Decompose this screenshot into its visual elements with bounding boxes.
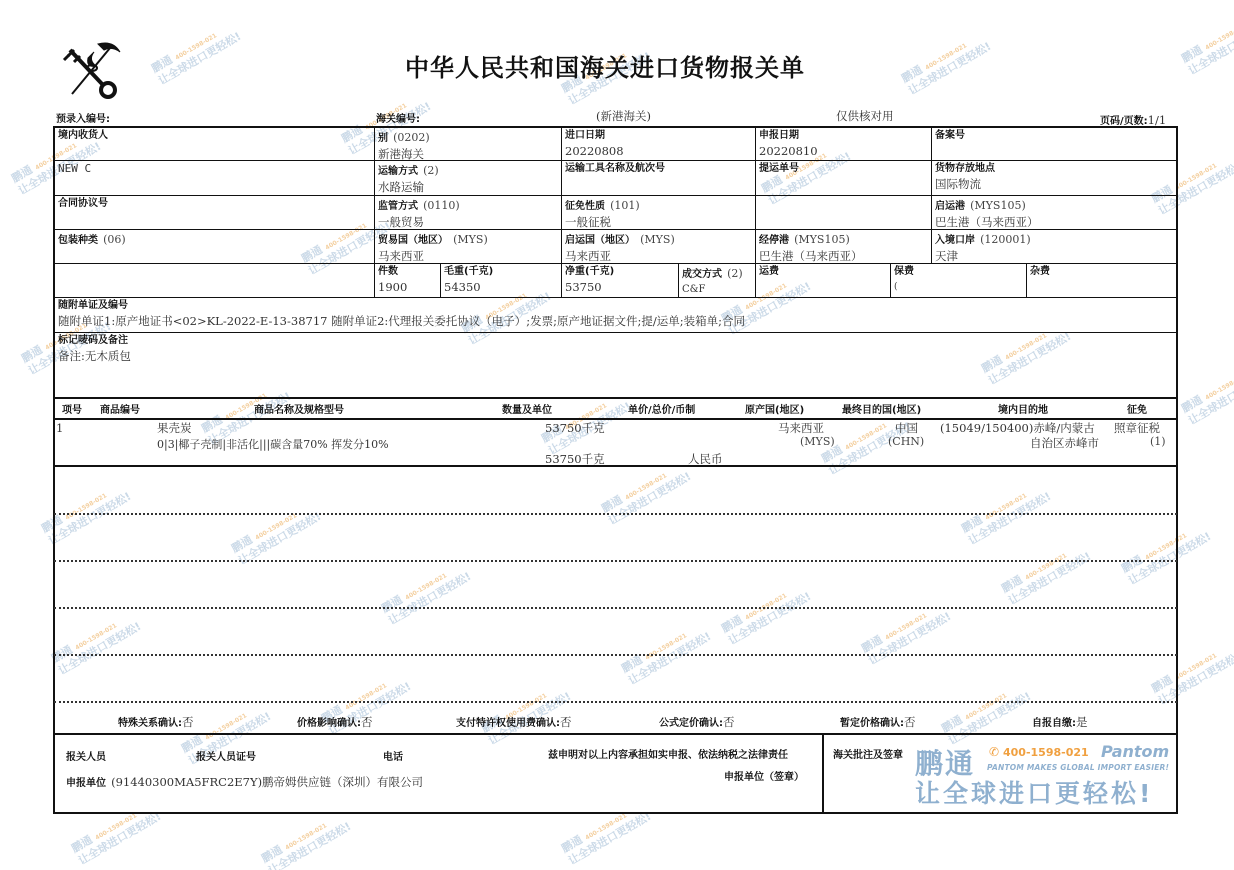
empty-field: [755, 195, 932, 230]
col-dest-country: 最终目的国(地区): [842, 401, 921, 416]
watermark-stamp: 鹏通 400-1598-021让全球进口更轻松!: [1180, 8, 1234, 77]
price-influence-confirm: 价格影响确认:否: [297, 711, 373, 730]
trade-country-field: 贸易国（地区） (MYS) 马来西亚: [374, 229, 562, 264]
watermark-stamp: 鹏通 400-1598-021让全球进口更轻松!: [150, 18, 244, 87]
declarant-seal: 申报单位（签章）: [724, 768, 804, 783]
declarant-field: 申报单位 (91440300MA5FRC2E7Y)鹏帝姆供应链（深圳）有限公司: [66, 771, 423, 790]
transport-mode-field: 运输方式 (2) 水路运输: [374, 160, 562, 196]
supervision-mode-field: 监管方式 (0110) 一般贸易: [374, 195, 562, 230]
page-title: 中华人民共和国海关进口货物报关单: [405, 48, 805, 83]
insurance-field: 保费 (: [890, 263, 1027, 298]
self-declare-confirm: 自报自缴:是: [1032, 711, 1088, 730]
special-relation-confirm: 特殊关系确认:否: [118, 711, 194, 730]
watermark-stamp: 鹏通 400-1598-021让全球进口更轻松!: [900, 28, 994, 97]
royalty-confirm: 支付特许权使用费确认:否: [456, 711, 572, 730]
bill-of-lading-field: 提运单号: [755, 160, 932, 196]
marks-remarks-field: 标记唛码及备注 备注:无木质包: [54, 332, 1177, 398]
package-type-field: 包装种类 (06): [54, 229, 375, 264]
customs-emblem-icon: [58, 38, 124, 100]
legal-statement: 兹申明对以上内容承担如实申报、依法纳税之法律责任: [548, 746, 788, 761]
watermark-stamp: 鹏通 400-1598-021让全球进口更轻松!: [260, 808, 354, 870]
transaction-mode-field: 成交方式 (2) C&F: [678, 263, 756, 298]
blank-field: [54, 263, 375, 298]
levy-nature-field: 征免性质 (101) 一般征税: [561, 195, 756, 230]
misc-fee-field: 杂费: [1026, 263, 1177, 298]
contract-no-field: 合同协议号: [54, 195, 375, 230]
col-hs-code: 商品编号: [100, 401, 140, 416]
freight-field: 运费: [755, 263, 891, 298]
import-date-field: 进口日期 20220808: [561, 127, 756, 161]
broker-cert-label: 报关人员证号: [196, 748, 256, 763]
vessel-voyage-field: 运输工具名称及航次号: [561, 160, 756, 196]
broker-label: 报关人员: [66, 748, 106, 763]
pantom-brand-watermark: 鹏通 ✆ 400-1598-021 Pantom PANTOM MAKES GL…: [915, 742, 1177, 808]
packages-field: 件数 1900: [374, 263, 441, 298]
customs-office: (新港海关): [596, 108, 651, 124]
formula-pricing-confirm: 公式定价确认:否: [659, 711, 735, 730]
col-quantity: 数量及单位: [502, 401, 552, 416]
col-domestic-dest: 境内目的地: [998, 401, 1048, 416]
record-no-field: 备案号: [931, 127, 1177, 161]
col-price: 单价/总价/币制: [628, 401, 695, 416]
customs-port-field: 别 (0202) 新港海关: [374, 127, 562, 161]
phone-icon: ✆: [989, 745, 999, 759]
customs-no-label: 海关编号:: [376, 110, 420, 125]
page-value: 1/1: [1148, 113, 1167, 127]
attached-docs-field: 随附单证及编号 随附单证1:原产地证书<02>KL-2022-E-13-3871…: [54, 297, 1177, 333]
col-item-no: 项号: [62, 401, 82, 416]
declare-date-field: 申报日期 20220810: [755, 127, 932, 161]
net-weight-field: 净重(千克) 53750: [561, 263, 679, 298]
col-levy: 征免: [1127, 401, 1147, 416]
for-check-only: 仅供核对用: [836, 108, 894, 124]
watermark-stamp: 鹏通 400-1598-021让全球进口更轻松!: [1180, 358, 1234, 427]
consignee-field: NEW C: [54, 160, 375, 196]
col-name-spec: 商品名称及规格型号: [254, 401, 344, 416]
consignee-header: 境内收货人: [54, 127, 375, 161]
departure-country-field: 启运国（地区） (MYS) 马来西亚: [561, 229, 756, 264]
pre-entry-no-label: 预录入编号:: [56, 110, 110, 125]
departure-port-field: 启运港 (MYS105) 巴生港（马来西亚）: [931, 195, 1177, 230]
gross-weight-field: 毛重(千克) 54350: [440, 263, 562, 298]
storage-place-field: 货物存放地点 国际物流: [931, 160, 1177, 196]
phone-label: 电话: [383, 748, 403, 763]
provisional-price-confirm: 暂定价格确认:否: [840, 711, 916, 730]
col-origin: 原产国(地区): [745, 401, 804, 416]
entry-port-field: 入境口岸 (120001) 天津: [931, 229, 1177, 264]
customs-approval-label: 海关批注及签章: [833, 746, 903, 761]
transit-port-field: 经停港 (MYS105) 巴生港（马来西亚）: [755, 229, 932, 264]
